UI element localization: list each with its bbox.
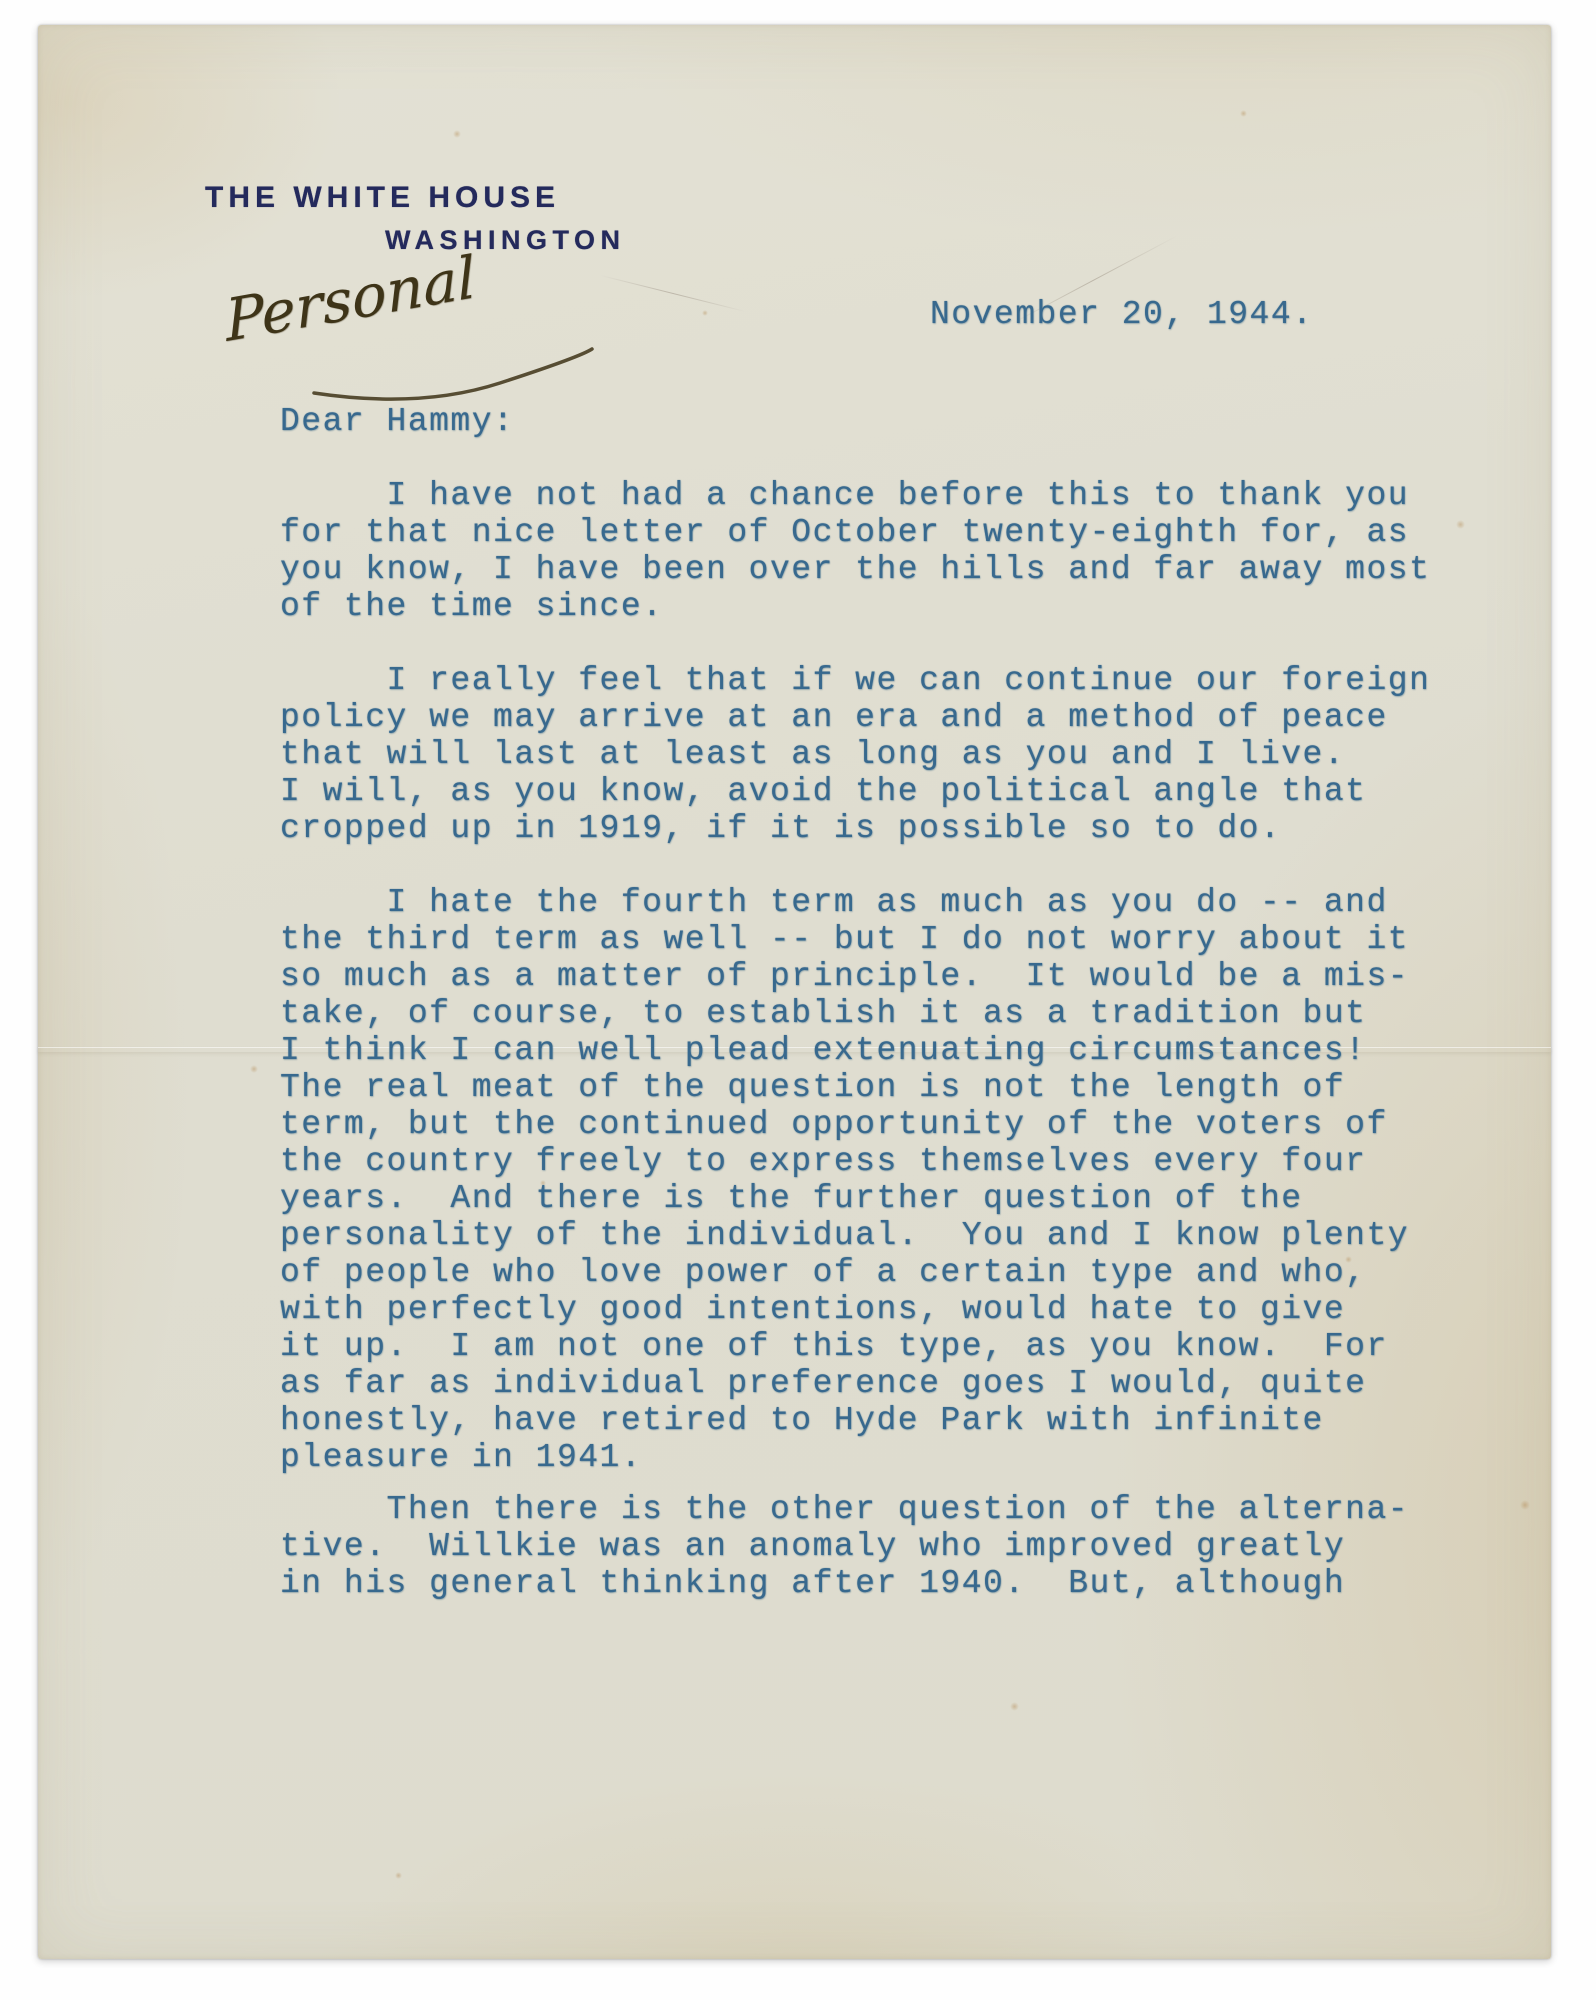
foxing-speck bbox=[1240, 110, 1247, 117]
letterhead-white-house: THE WHITE HOUSE bbox=[205, 181, 560, 215]
foxing-speck bbox=[702, 310, 708, 316]
letter-body: Dear Hammy: I have not had a chance befo… bbox=[280, 403, 1430, 1602]
surface-scratch bbox=[600, 275, 746, 312]
foxing-speck bbox=[453, 130, 461, 138]
salutation: Dear Hammy: bbox=[280, 403, 1430, 440]
paragraph-1: I have not had a chance before this to t… bbox=[280, 477, 1430, 625]
paragraph-2: I really feel that if we can continue ou… bbox=[280, 662, 1430, 847]
letter-page: THE WHITE HOUSE WASHINGTON Personal Nove… bbox=[38, 25, 1551, 1959]
foxing-speck bbox=[250, 1065, 258, 1073]
foxing-speck bbox=[1456, 520, 1465, 529]
letter-date: November 20, 1944. bbox=[930, 296, 1313, 333]
foxing-speck bbox=[395, 1872, 402, 1879]
paragraph-3: I hate the fourth term as much as you do… bbox=[280, 884, 1430, 1476]
foxing-speck bbox=[1520, 1500, 1530, 1510]
paragraph-4: Then there is the other question of the … bbox=[280, 1491, 1430, 1602]
foxing-speck bbox=[1010, 1702, 1019, 1711]
handwritten-personal-annotation: Personal bbox=[223, 243, 478, 355]
scanned-letter: THE WHITE HOUSE WASHINGTON Personal Nove… bbox=[0, 0, 1596, 2000]
